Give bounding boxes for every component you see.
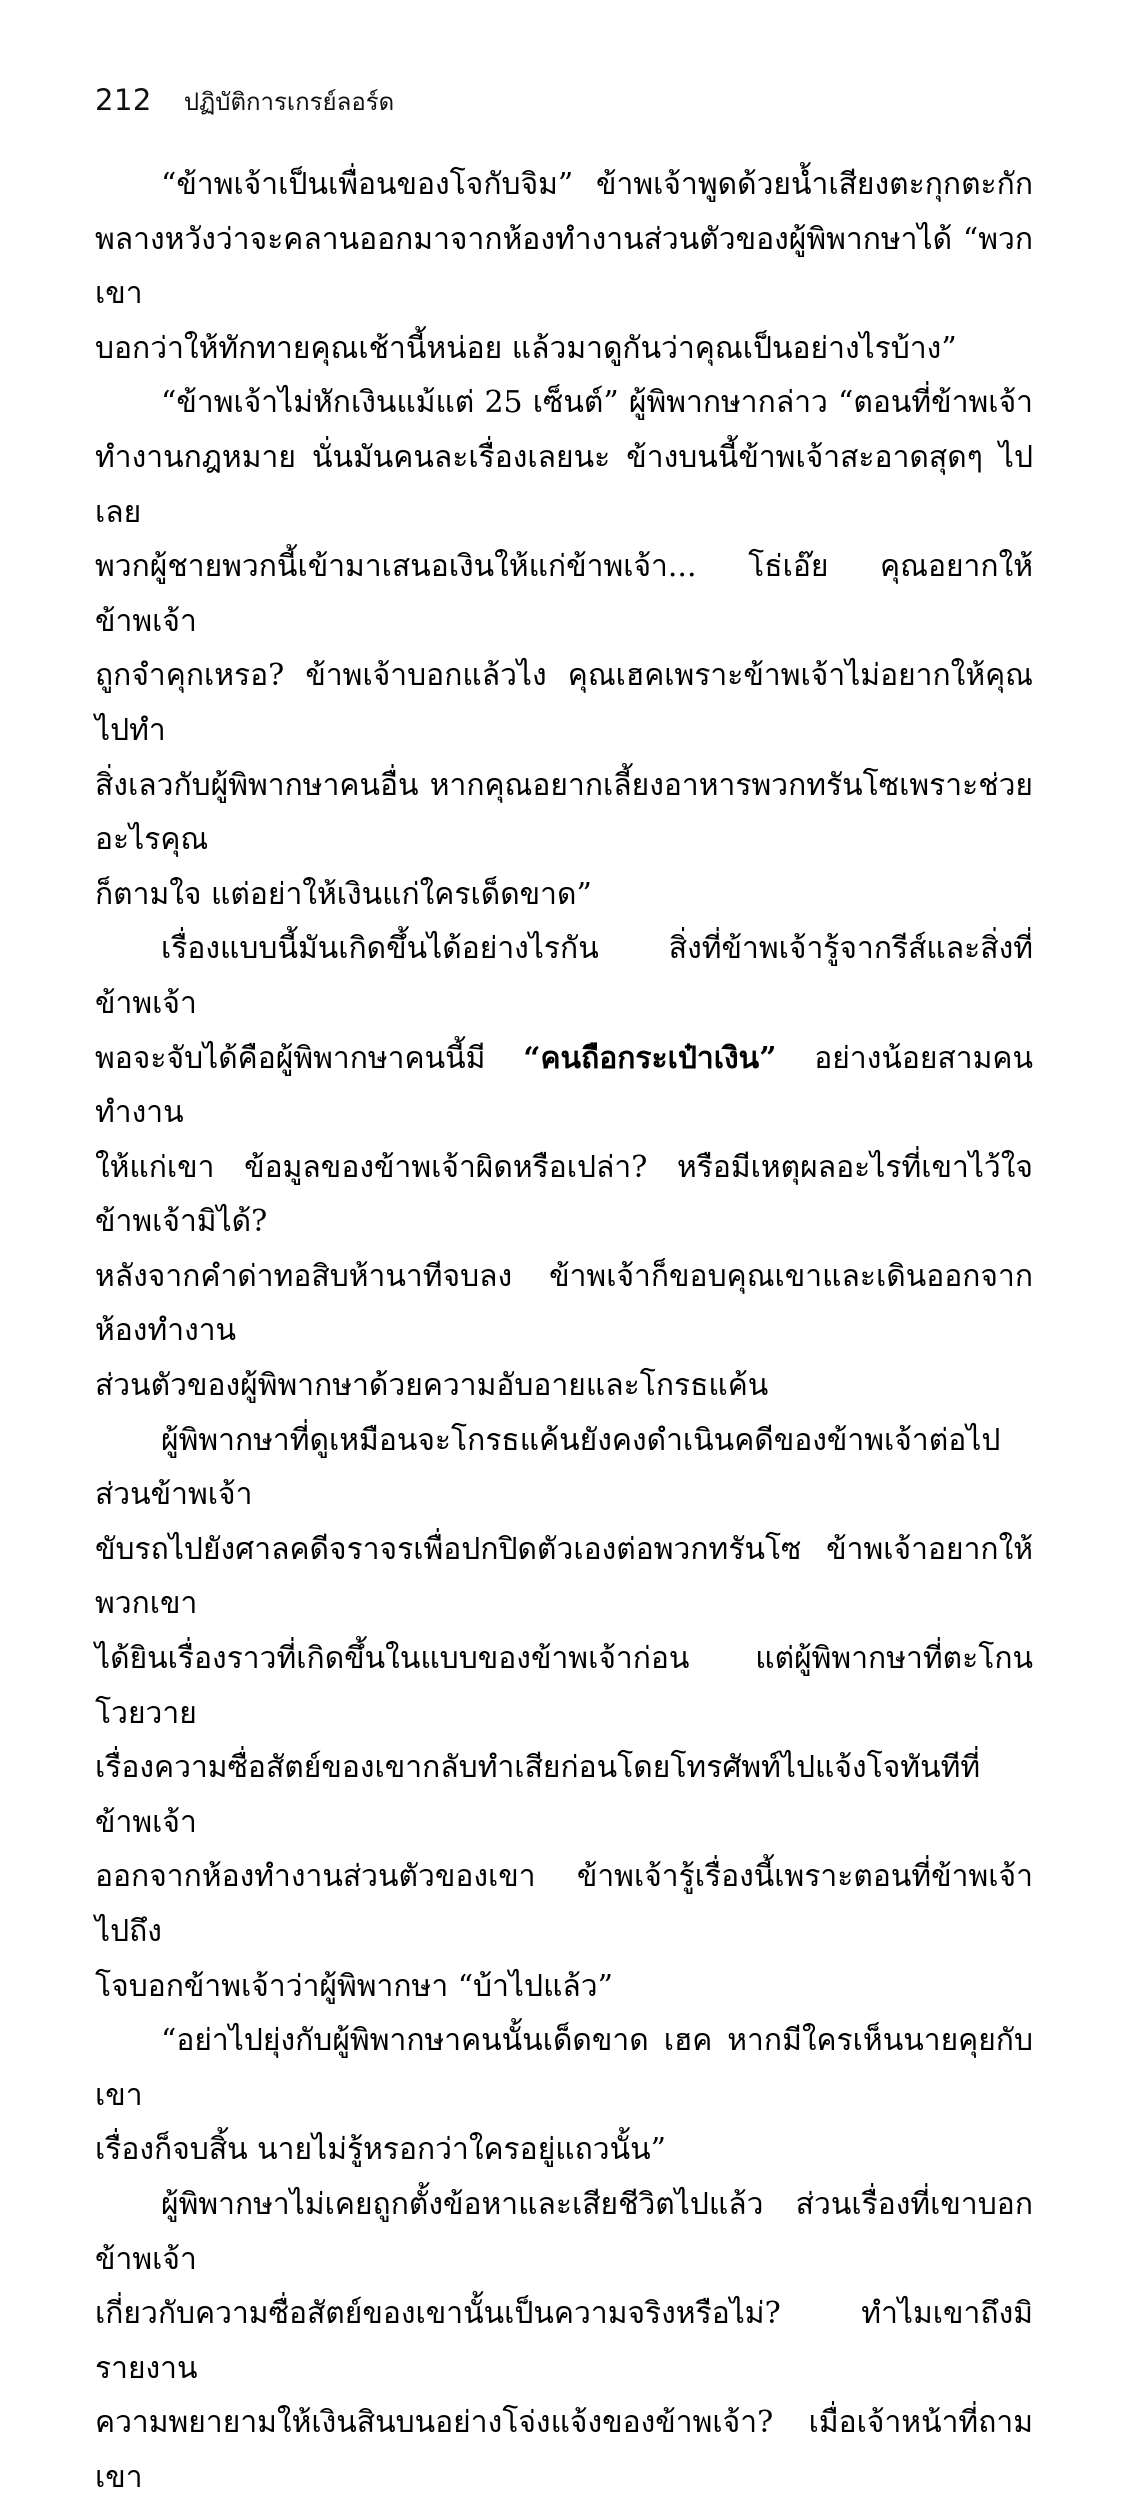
- book-page: { "page": { "number": "212", "running_ti…: [0, 0, 1126, 1638]
- paragraph: “อย่าไปยุ่งกับผู้พิพากษาคนนั้นเด็ดขาด เฮ…: [95, 2014, 1033, 2178]
- text-line: “อย่าไปยุ่งกับผู้พิพากษาคนนั้นเด็ดขาด เฮ…: [95, 2014, 1033, 2123]
- text-line: เรื่องความซื่อสัตย์ของเขากลับทำเสียก่อนโ…: [95, 1741, 1033, 1850]
- text-line: ถูกจำคุกเหรอ? ข้าพเจ้าบอกแล้วไง คุณเฮคเพ…: [95, 649, 1033, 758]
- text-line: สิ่งเลวกับผู้พิพากษาคนอื่น หากคุณอยากเลี…: [95, 759, 1033, 868]
- paragraph: เรื่องแบบนี้มันเกิดขึ้นได้อย่างไรกัน สิ่…: [95, 922, 1033, 1413]
- text-line: เรื่องแบบนี้มันเกิดขึ้นได้อย่างไรกัน สิ่…: [95, 922, 1033, 1031]
- text-line: พอจะจับได้คือผู้พิพากษาคนนี้มี “คนถือกระ…: [95, 1032, 1033, 1141]
- text-line: โจบอกข้าพเจ้าว่าผู้พิพากษา “บ้าไปแล้ว”: [95, 1960, 1033, 2015]
- text-line: หลังจากคำด่าทอสิบห้านาทีจบลง ข้าพเจ้าก็ข…: [95, 1250, 1033, 1359]
- text-line: เรื่องก็จบสิ้น นายไม่รู้หรอกว่าใครอยู่แถ…: [95, 2123, 1033, 2178]
- paragraph: “ข้าพเจ้าเป็นเพื่อนของโจกับจิม” ข้าพเจ้า…: [95, 158, 1033, 376]
- text-line: บอกว่าให้ทักทายคุณเช้านี้หน่อย แล้วมาดูก…: [95, 322, 1033, 377]
- text-segment: พอจะจับได้คือผู้พิพากษาคนนี้มี: [95, 1041, 523, 1076]
- bold-text-segment: “คนถือกระเป๋าเงิน”: [523, 1041, 776, 1076]
- text-line: พลางหวังว่าจะคลานออกมาจากห้องทำงานส่วนตั…: [95, 213, 1033, 322]
- text-line: ได้ยินเรื่องราวที่เกิดขึ้นในแบบของข้าพเจ…: [95, 1632, 1033, 1741]
- text-line: ขับรถไปยังศาลคดีจราจรเพื่อปกปิดตัวเองต่อ…: [95, 1523, 1033, 1632]
- text-line: “ข้าพเจ้าไม่หักเงินแม้แต่ 25 เซ็นต์” ผู้…: [95, 376, 1033, 431]
- running-title: ปฏิบัติการเกรย์ลอร์ด: [184, 82, 394, 121]
- text-line: ผู้พิพากษาไม่เคยถูกตั้งข้อหาและเสียชีวิต…: [95, 2178, 1033, 2287]
- text-line: ความพยายามให้เงินสินบนอย่างโจ่งแจ้งของข้…: [95, 2396, 1033, 2505]
- page-number: 212: [95, 83, 152, 117]
- body-text: “ข้าพเจ้าเป็นเพื่อนของโจกับจิม” ข้าพเจ้า…: [95, 158, 1033, 2506]
- text-line: ให้แก่เขา ข้อมูลของข้าพเจ้าผิดหรือเปล่า?…: [95, 1141, 1033, 1250]
- text-line: ทำงานกฎหมาย นั่นมันคนละเรื่องเลยนะ ข้างบ…: [95, 431, 1033, 540]
- paragraph: ผู้พิพากษาไม่เคยถูกตั้งข้อหาและเสียชีวิต…: [95, 2178, 1033, 2506]
- text-line: “ข้าพเจ้าเป็นเพื่อนของโจกับจิม” ข้าพเจ้า…: [95, 158, 1033, 213]
- text-line: พวกผู้ชายพวกนี้เข้ามาเสนอเงินให้แก่ข้าพเ…: [95, 540, 1033, 649]
- paragraph: ผู้พิพากษาที่ดูเหมือนจะโกรธแค้นยังคงดำเน…: [95, 1414, 1033, 2015]
- paragraph: “ข้าพเจ้าไม่หักเงินแม้แต่ 25 เซ็นต์” ผู้…: [95, 376, 1033, 922]
- text-line: ส่วนตัวของผู้พิพากษาด้วยความอับอายและโกร…: [95, 1359, 1033, 1414]
- page-header: 212 ปฏิบัติการเกรย์ลอร์ด: [95, 82, 394, 121]
- text-line: ก็ตามใจ แต่อย่าให้เงินแก่ใครเด็ดขาด”: [95, 868, 1033, 923]
- text-line: เกี่ยวกับความซื่อสัตย์ของเขานั้นเป็นความ…: [95, 2287, 1033, 2396]
- text-line: ผู้พิพากษาที่ดูเหมือนจะโกรธแค้นยังคงดำเน…: [95, 1414, 1033, 1523]
- text-line: ออกจากห้องทำงานส่วนตัวของเขา ข้าพเจ้ารู้…: [95, 1850, 1033, 1959]
